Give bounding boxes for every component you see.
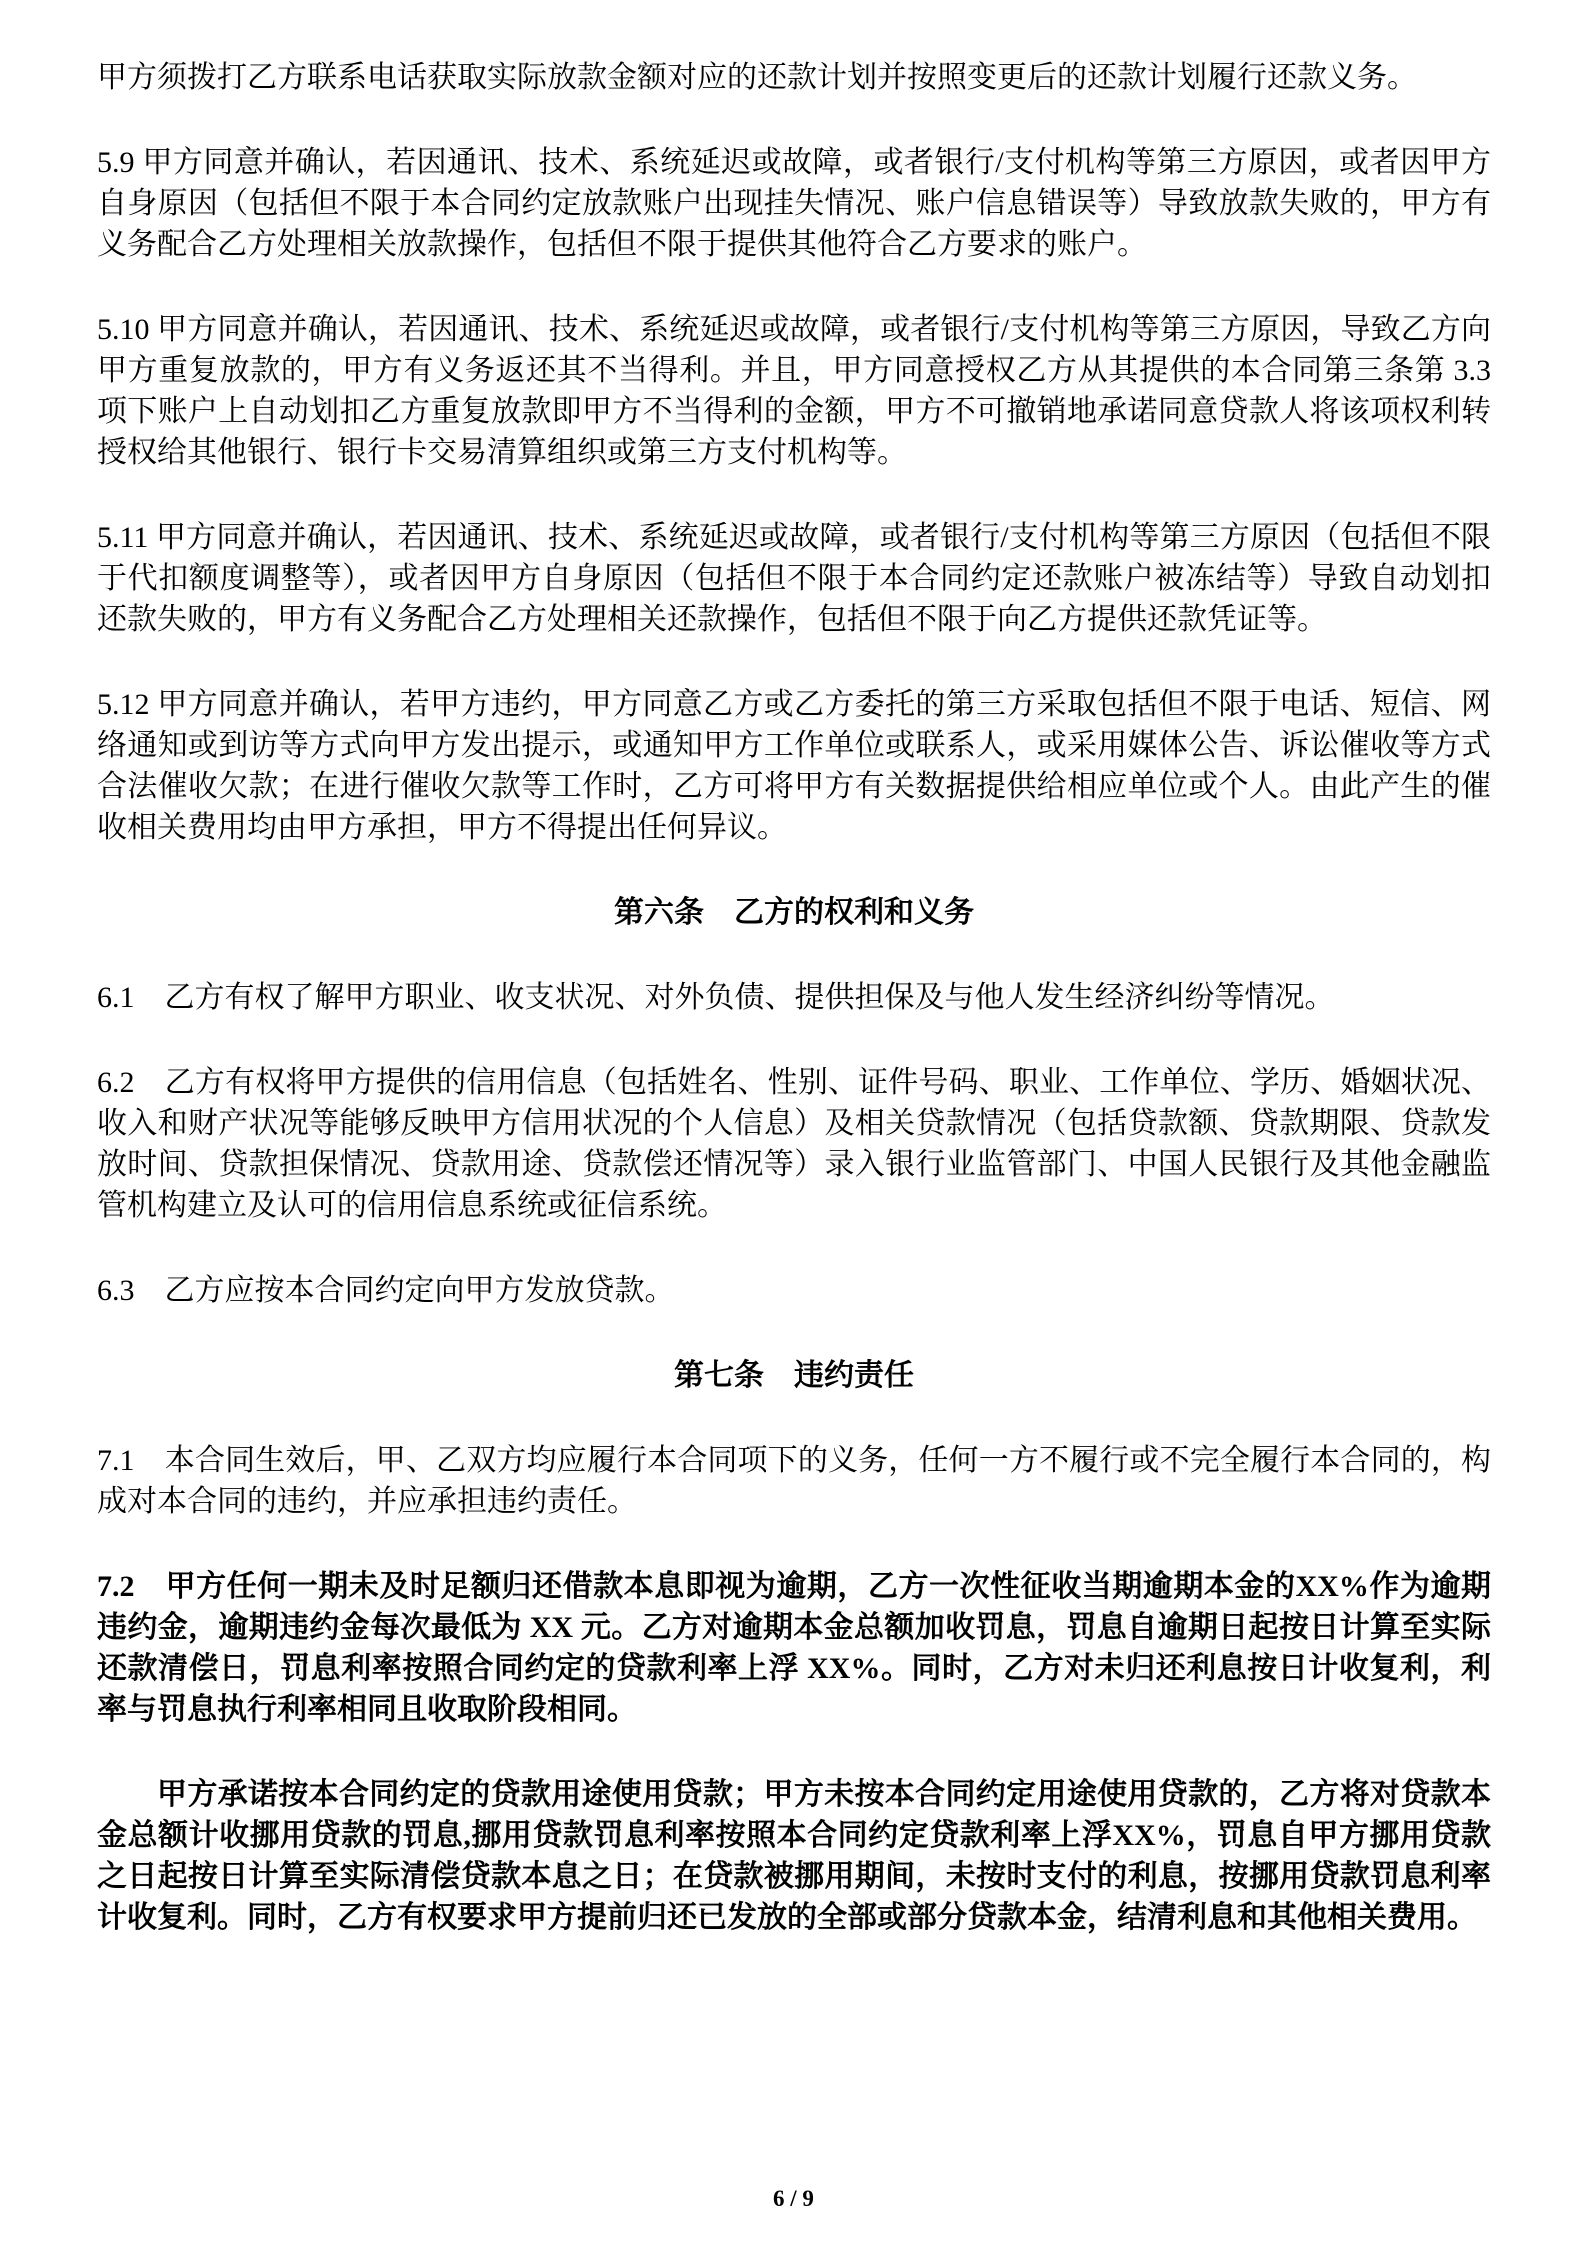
paragraph-5-8-continuation: 甲方须拨打乙方联系电话获取实际放款金额对应的还款计划并按照变更后的还款计划履行还… [97,57,1491,98]
paragraph-7-2-continuation: 甲方承诺按本合同约定的贷款用途使用贷款；甲方未按本合同约定用途使用贷款的，乙方将… [97,1774,1491,1938]
contract-page: 甲方须拨打乙方联系电话获取实际放款金额对应的还款计划并按照变更后的还款计划履行还… [0,0,1587,2245]
page-number: 6 / 9 [0,2186,1587,2212]
paragraph-5-9: 5.9 甲方同意并确认，若因通讯、技术、系统延迟或故障，或者银行/支付机构等第三… [97,142,1491,265]
paragraph-7-1: 7.1 本合同生效后，甲、乙双方均应履行本合同项下的义务，任何一方不履行或不完全… [97,1440,1491,1522]
paragraph-7-2: 7.2 甲方任何一期未及时足额归还借款本息即视为逾期，乙方一次性征收当期逾期本金… [97,1566,1491,1730]
paragraph-6-2: 6.2 乙方有权将甲方提供的信用信息（包括姓名、性别、证件号码、职业、工作单位、… [97,1062,1491,1226]
section-heading-article-6: 第六条 乙方的权利和义务 [97,892,1491,933]
paragraph-6-3: 6.3 乙方应按本合同约定向甲方发放贷款。 [97,1270,1491,1311]
paragraph-6-1: 6.1 乙方有权了解甲方职业、收支状况、对外负债、提供担保及与他人发生经济纠纷等… [97,977,1491,1018]
paragraph-5-10: 5.10 甲方同意并确认，若因通讯、技术、系统延迟或故障，或者银行/支付机构等第… [97,309,1491,473]
paragraph-5-11: 5.11 甲方同意并确认，若因通讯、技术、系统延迟或故障，或者银行/支付机构等第… [97,517,1491,640]
section-heading-article-7: 第七条 违约责任 [97,1355,1491,1396]
paragraph-5-12: 5.12 甲方同意并确认，若甲方违约，甲方同意乙方或乙方委托的第三方采取包括但不… [97,684,1491,848]
